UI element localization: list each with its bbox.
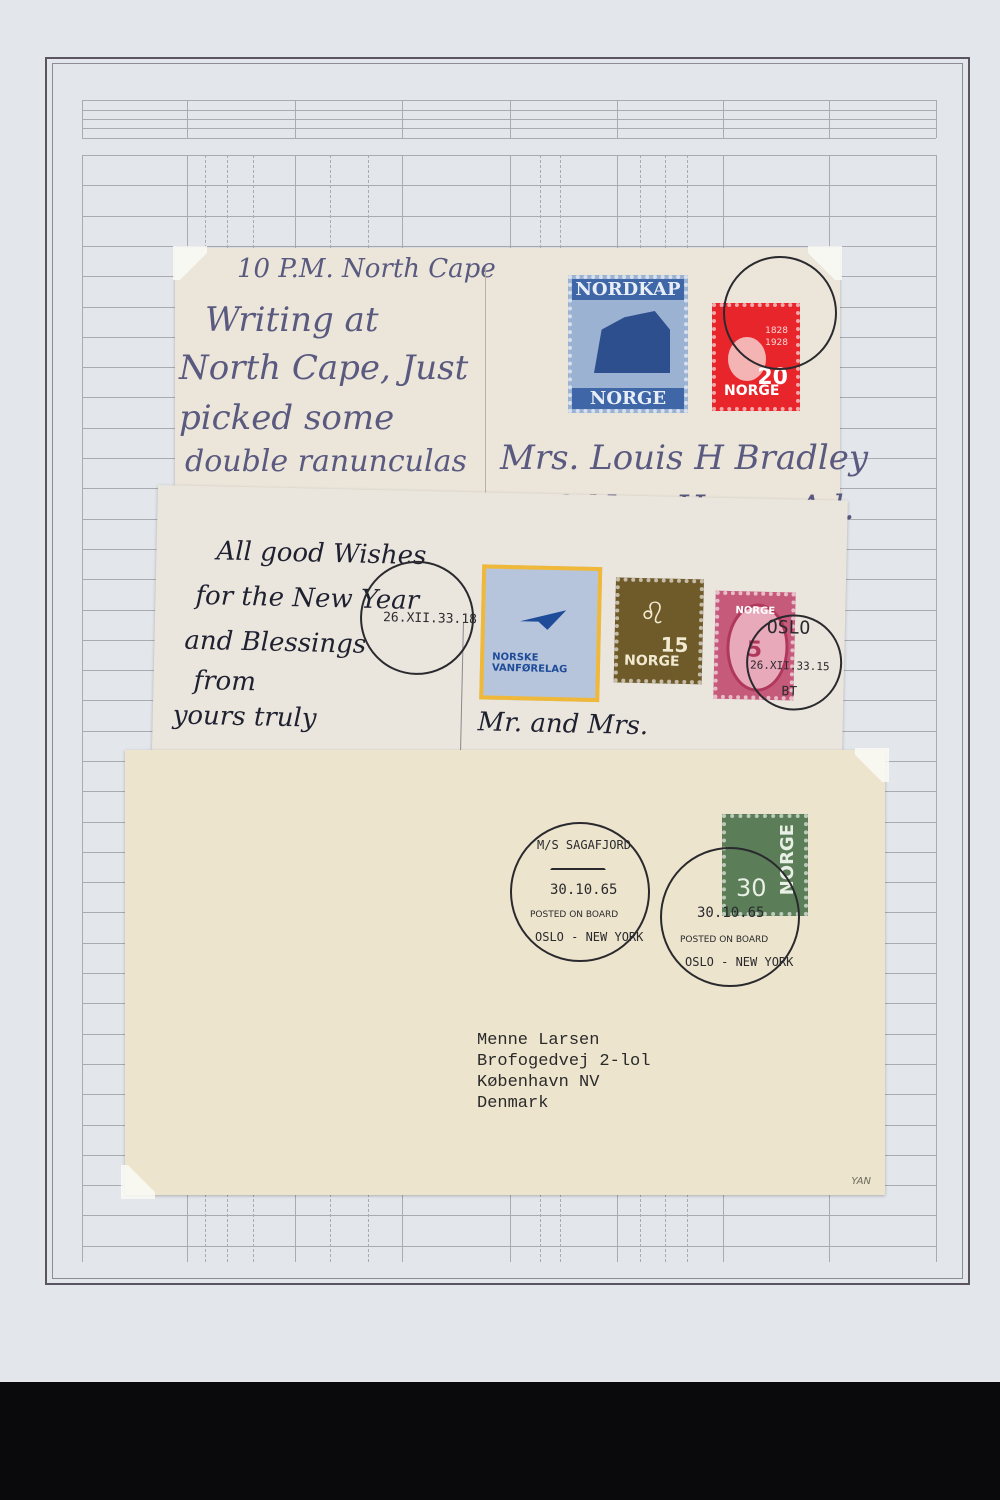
address-line: Denmark	[477, 1093, 650, 1114]
recipient-line: Mrs. Louis H Bradley	[500, 438, 868, 478]
message-line: yours truly	[172, 700, 316, 733]
address-line: København NV	[477, 1072, 650, 1093]
message-line: from	[193, 666, 256, 697]
airmail-charity-label: NORSKE VANFØRELAG	[479, 564, 602, 702]
postmark-code: BT	[781, 684, 797, 699]
nordkap-stamp: NORDKAP NORGE	[568, 275, 688, 413]
postmark-bottom: OSLO - NEW YORK	[685, 955, 793, 969]
postmark-city: OSLO	[767, 617, 811, 639]
stamp-label: NORGE	[572, 388, 684, 409]
postmark-circle	[723, 256, 837, 370]
postmark-date: 26.XII.33.15	[750, 658, 830, 673]
bird-icon	[520, 609, 566, 630]
postmark-date: 30.10.65	[550, 882, 617, 898]
message-line: and Blessings	[184, 626, 366, 660]
recipient-address: Menne LarsenBrofogedvej 2-lolKøbenhavn N…	[477, 1030, 650, 1114]
postcard-oslo: All good Wishes for the New Year and Ble…	[152, 485, 848, 766]
lion-stamp: ♌ 15 NORGE	[614, 577, 704, 684]
stamp-label: NORSKE VANFØRELAG	[492, 652, 596, 676]
cover-sagafjord: M/S SAGAFJORD 30.10.65 POSTED ON BOARD O…	[125, 750, 885, 1195]
postmark-middle: POSTED ON BOARD	[680, 935, 768, 945]
lion-icon: ♌	[639, 596, 667, 632]
postmark-date: 26.XII.33.18	[383, 610, 477, 627]
pencil-note: YAN	[851, 1176, 871, 1187]
address-line: Menne Larsen	[477, 1030, 650, 1051]
stamp-country: NORGE	[624, 653, 680, 670]
postmark-top: M/S SAGAFJORD	[537, 838, 631, 852]
recipient-line: Mr. and Mrs.	[477, 707, 648, 741]
postmark-bottom: OSLO - NEW YORK	[535, 930, 643, 944]
photo-corner-mount	[173, 246, 207, 280]
message-line: picked some	[179, 398, 394, 438]
message-line: 10 P.M. North Cape	[237, 254, 496, 284]
stamp-country: NORGE	[724, 383, 779, 399]
postmark-date: 30.10.65	[697, 905, 764, 921]
message-line: Writing at	[205, 300, 379, 340]
stamp-label: NORDKAP	[572, 279, 684, 300]
message-line: North Cape, Just	[179, 348, 468, 388]
address-line: Brofogedvej 2-lol	[477, 1051, 650, 1072]
photo-corner-mount	[121, 1165, 155, 1199]
postmark-middle: POSTED ON BOARD	[530, 910, 618, 920]
cliff-ship-icon	[594, 311, 670, 373]
photo-corner-mount	[855, 748, 889, 782]
message-line: double ranunculas	[185, 444, 467, 479]
